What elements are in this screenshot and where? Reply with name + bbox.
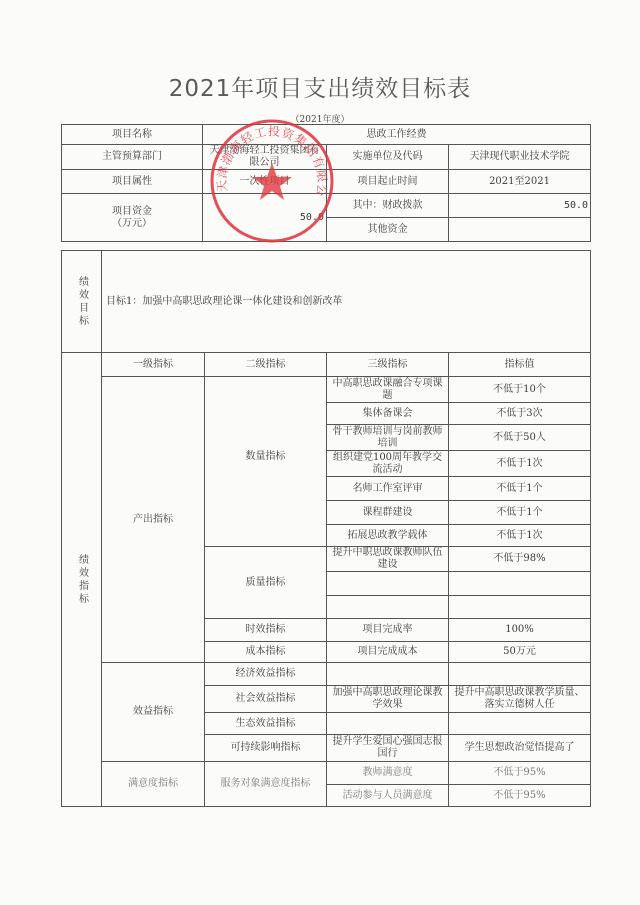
document-title: 2021年项目支出绩效目标表 bbox=[0, 70, 640, 103]
level3-name bbox=[327, 596, 449, 619]
level3-name: 名师工作室评审 bbox=[327, 477, 449, 501]
funds-label: 项目资金 bbox=[64, 206, 200, 218]
indicator-value: 不低于50人 bbox=[449, 425, 591, 451]
col-header-level1: 一级指标 bbox=[102, 353, 205, 377]
period-value: 2021至2021 bbox=[449, 170, 591, 194]
indicator-value bbox=[449, 596, 591, 619]
level3-name: 集体备课会 bbox=[327, 403, 449, 425]
project-name-label: 项目名称 bbox=[62, 125, 203, 145]
level3-name: 骨干教师培训与岗前教师培训 bbox=[327, 425, 449, 451]
indicator-value: 不低于1个 bbox=[449, 477, 591, 501]
col-header-level2: 二级指标 bbox=[205, 353, 327, 377]
impl-unit-value: 天津现代职业技术学院 bbox=[449, 145, 591, 170]
indicator-value: 100% bbox=[449, 619, 591, 642]
quality-indicator-label: 质量指标 bbox=[205, 547, 327, 619]
indicator-value bbox=[449, 663, 591, 686]
level3-name: 中高职思政课融合专项课题 bbox=[327, 377, 449, 403]
goal-text: 目标1：加强中高职思政理论课一体化建设和创新改革 bbox=[102, 251, 591, 353]
other-funds-value bbox=[449, 218, 591, 242]
level3-name: 加强中高职思政理论课教学效果 bbox=[327, 686, 449, 713]
social-benefit-label: 社会效益指标 bbox=[205, 686, 327, 713]
level3-name: 提升中职思政课教师队伍建设 bbox=[327, 547, 449, 572]
dept-label: 主管预算部门 bbox=[62, 145, 203, 170]
indicator-value: 提升中高职思政课教学质量、落实立德树人任 bbox=[449, 686, 591, 713]
satisfaction-indicator-label: 满意度指标 bbox=[102, 762, 205, 807]
service-satisfaction-label: 服务对象满意度指标 bbox=[205, 762, 327, 807]
benefit-indicator-label: 效益指标 bbox=[102, 663, 205, 762]
indicator-value: 不低于1次 bbox=[449, 451, 591, 477]
sustainable-impact-label: 可持续影响指标 bbox=[205, 735, 327, 762]
impl-unit-label: 实施单位及代码 bbox=[327, 145, 449, 170]
project-info-table: 项目名称 思政工作经费 主管预算部门 天津渤海轻工投资集团有限公司 实施单位及代… bbox=[61, 124, 591, 242]
indicator-value: 不低于10个 bbox=[449, 377, 591, 403]
economic-benefit-label: 经济效益指标 bbox=[205, 663, 327, 686]
indicator-value: 不低于1个 bbox=[449, 501, 591, 525]
indicator-value: 不低于95% bbox=[449, 762, 591, 785]
indicator-value: 不低于3次 bbox=[449, 403, 591, 425]
level3-name: 拓展思政教学载体 bbox=[327, 525, 449, 547]
performance-goal-table: 绩效目标 目标1：加强中高职思政理论课一体化建设和创新改革 bbox=[61, 250, 591, 353]
indicators-side-label: 绩效指标 bbox=[62, 353, 102, 807]
cost-indicator-label: 成本指标 bbox=[205, 642, 327, 663]
indicator-value: 学生思想政治觉悟提高了 bbox=[449, 735, 591, 762]
goal-side-label: 绩效目标 bbox=[62, 251, 102, 353]
level3-name: 项目完成率 bbox=[327, 619, 449, 642]
level3-name: 活动参与人员满意度 bbox=[327, 785, 449, 807]
funds-unit: （万元） bbox=[64, 218, 200, 230]
ecological-benefit-label: 生态效益指标 bbox=[205, 713, 327, 735]
dept-value: 天津渤海轻工投资集团有限公司 bbox=[203, 145, 327, 170]
project-attr-value: 一次性项目 bbox=[203, 170, 327, 194]
level3-name: 组织建党100周年教学交流活动 bbox=[327, 451, 449, 477]
output-indicator-label: 产出指标 bbox=[102, 377, 205, 663]
period-label: 项目起止时间 bbox=[327, 170, 449, 194]
project-attr-label: 项目属性 bbox=[62, 170, 203, 194]
project-name-value: 思政工作经费 bbox=[203, 125, 591, 145]
level3-name: 教师满意度 bbox=[327, 762, 449, 785]
indicator-value: 50万元 bbox=[449, 642, 591, 663]
indicator-value: 不低于95% bbox=[449, 785, 591, 807]
timeliness-indicator-label: 时效指标 bbox=[205, 619, 327, 642]
funds-total: 50.0 bbox=[203, 194, 327, 242]
fiscal-value: 50.0 bbox=[449, 194, 591, 218]
level3-name bbox=[327, 713, 449, 735]
col-header-level3: 三级指标 bbox=[327, 353, 449, 377]
indicator-value bbox=[449, 713, 591, 735]
level3-name: 课程群建设 bbox=[327, 501, 449, 525]
funds-label-cell: 项目资金 （万元） bbox=[62, 194, 203, 242]
indicator-value bbox=[449, 572, 591, 596]
other-funds-label: 其他资金 bbox=[327, 218, 449, 242]
level3-name bbox=[327, 663, 449, 686]
quantity-indicator-label: 数量指标 bbox=[205, 377, 327, 547]
col-header-value: 指标值 bbox=[449, 353, 591, 377]
fiscal-label: 其中：财政拨款 bbox=[327, 194, 449, 218]
indicator-value: 不低于1次 bbox=[449, 525, 591, 547]
performance-indicators-table: 绩效指标 一级指标 二级指标 三级指标 指标值 产出指标 数量指标 中高职思政课… bbox=[61, 352, 591, 807]
level3-name: 项目完成成本 bbox=[327, 642, 449, 663]
indicator-value: 不低于98% bbox=[449, 547, 591, 572]
level3-name: 提升学生爱国心强国志报国行 bbox=[327, 735, 449, 762]
level3-name bbox=[327, 572, 449, 596]
